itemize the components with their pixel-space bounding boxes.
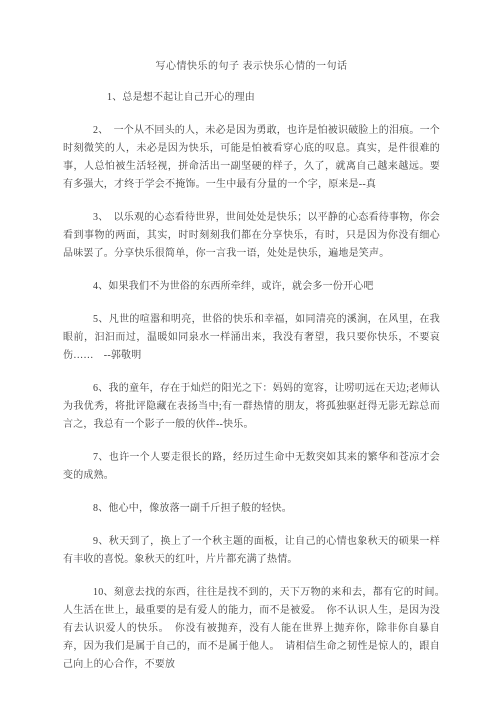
sentence-item-8: 8、他心中，像放落一副千斤担子般的轻快。 [63, 500, 440, 518]
sentence-item-2: 2、 一个从不回头的人，未必是因为勇敢，也许是怕被识破脸上的泪痕。一个时刻微笑的… [63, 122, 440, 194]
sentence-item-9: 9、秋天到了，换上了一个秋主题的面板，让自己的心情也象秋天的硕果一样有丰收的喜悦… [63, 533, 440, 569]
sentence-item-6: 6、我的童年，存在于灿烂的阳光之下：妈妈的宽容，让唠叨远在天边;老师认为我优秀，… [63, 380, 440, 434]
sentence-item-5: 5、凡世的喧嚣和明亮，世俗的快乐和幸福，如同清亮的溪涧，在风里，在我眼前，汩汩而… [63, 311, 440, 365]
sentence-item-7: 7、也许一个人要走很长的路，经历过生命中无数突如其来的繁华和苍凉才会变的成熟。 [63, 449, 440, 485]
sentence-item-1: 1、总是想不起让自己开心的理由 [63, 89, 440, 107]
document-page: 写心情快乐的句子 表示快乐心情的一句话 1、总是想不起让自己开心的理由 2、 一… [0, 0, 500, 708]
page-title: 写心情快乐的句子 表示快乐心情的一句话 [63, 58, 440, 76]
sentence-item-3: 3、 以乐观的心态看待世界，世间处处是快乐；以平静的心态看待事物，你会看到事物的… [63, 209, 440, 263]
sentence-item-10: 10、刻意去找的东西，往往是找不到的，天下万物的来和去，都有它的时间。 人生活在… [63, 584, 440, 674]
sentence-item-4: 4、如果我们不为世俗的东西所牵绊，或许，就会多一份开心吧 [63, 278, 440, 296]
